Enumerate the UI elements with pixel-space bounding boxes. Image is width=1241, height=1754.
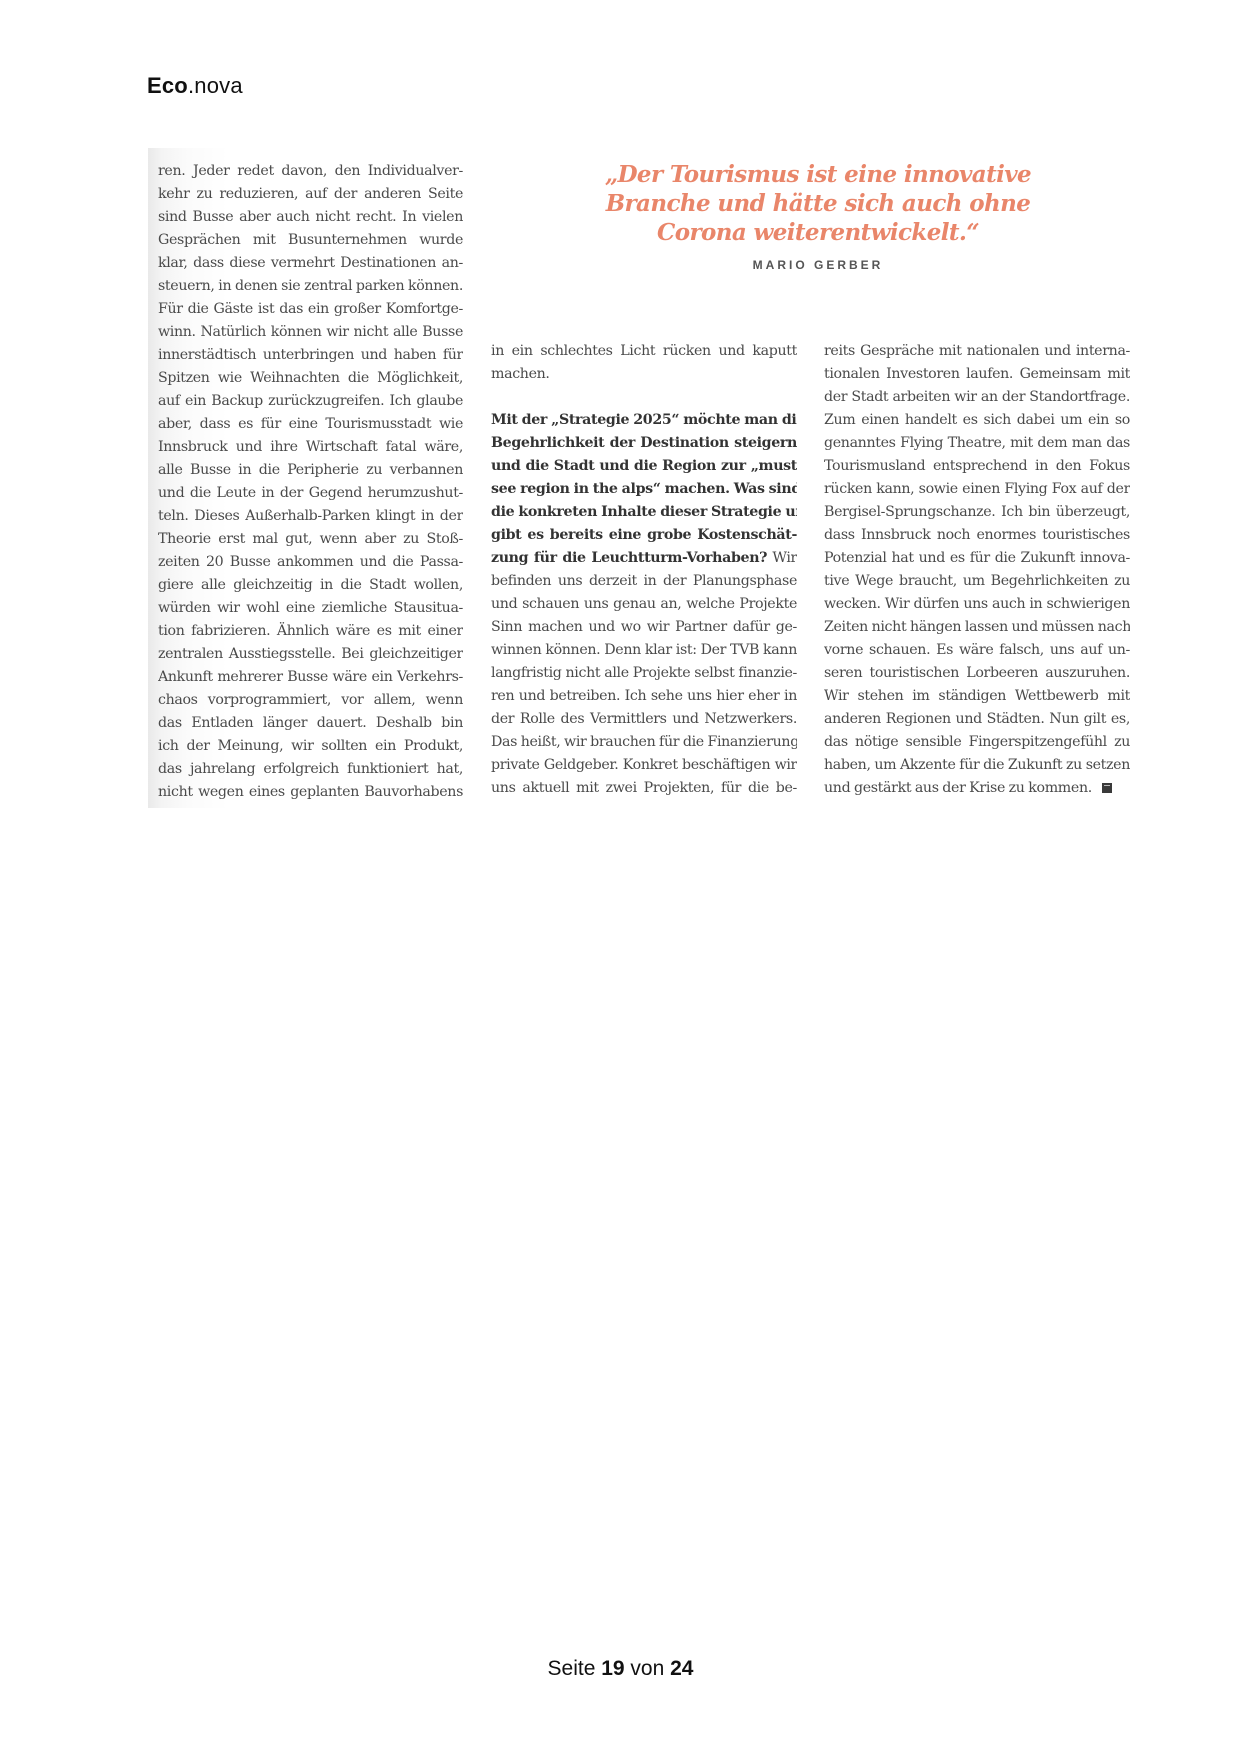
current-page-number: 19 — [601, 1657, 624, 1680]
text-line: machen. — [491, 363, 797, 386]
text-line: tionalen Investoren laufen. Gemeinsam mi… — [824, 363, 1130, 386]
text-line: genanntes Flying Theatre, mit dem man da… — [824, 432, 1130, 455]
text-line: ren und betreiben. Ich sehe uns hier ehe… — [491, 685, 797, 708]
text-line: Potenzial hat und es für die Zukunft inn… — [824, 547, 1130, 570]
text-line: tion fabrizieren. Ähnlich wäre es mit ei… — [158, 620, 463, 643]
footer-prefix: Seite — [548, 1657, 602, 1680]
text-line: innerstädtisch unterbringen und haben fü… — [158, 344, 463, 367]
pull-quote-author: MARIO GERBER — [518, 258, 1118, 272]
text-line: würden wir wohl eine ziemliche Stausitua… — [158, 597, 463, 620]
paragraph-gap — [491, 386, 797, 409]
text-line: und die Leute in der Gegend herumzushut- — [158, 482, 463, 505]
final-text-line: und gestärkt aus der Krise zu kommen. — [824, 777, 1130, 800]
text-line: befinden uns derzeit in der Planungsphas… — [491, 570, 797, 593]
text-line: Das heißt, wir brauchen für die Finanzie… — [491, 731, 797, 754]
text-line: teln. Dieses Außerhalb-Parken klingt in … — [158, 505, 463, 528]
text-line: ich der Meinung, wir sollten ein Produkt… — [158, 735, 463, 758]
text-line: aber, dass es für eine Tourismusstadt wi… — [158, 413, 463, 436]
text-line: und schauen uns genau an, welche Projekt… — [491, 593, 797, 616]
text-line: rücken kann, sowie einen Flying Fox auf … — [824, 478, 1130, 501]
text-line: alle Busse in die Peripherie zu verbanne… — [158, 459, 463, 482]
final-text: und gestärkt aus der Krise zu kommen. — [824, 780, 1092, 796]
text-line: in ein schlechtes Licht rücken und kaput… — [491, 340, 797, 363]
text-line: Spitzen wie Weihnachten die Möglichkeit, — [158, 367, 463, 390]
document-page: Eco.nova ren. Jeder redet davon, den Ind… — [0, 0, 1241, 1754]
text-line: der Rolle des Vermittlers und Netzwerker… — [491, 708, 797, 731]
text-line: sind Busse aber auch nicht recht. In vie… — [158, 206, 463, 229]
text-line: chaos vorprogrammiert, vor allem, wenn — [158, 689, 463, 712]
text-line: Zum einen handelt es sich dabei um ein s… — [824, 409, 1130, 432]
text-line: Theorie erst mal gut, wenn aber zu Stoß- — [158, 528, 463, 551]
text-line: winn. Natürlich können wir nicht alle Bu… — [158, 321, 463, 344]
text-line: zeiten 20 Busse ankommen und die Passa- — [158, 551, 463, 574]
end-of-article-icon — [1102, 783, 1112, 793]
pull-quote-line: „Der Tourismus ist eine innovative — [518, 160, 1118, 189]
text-line: das jahrelang erfolgreich funktioniert h… — [158, 758, 463, 781]
text-line: steuern, in denen sie zentral parken kön… — [158, 275, 463, 298]
interview-question-end: zung für die Leuchtturm-Vorhaben? — [491, 550, 767, 566]
text-line: wecken. Wir dürfen uns auch in schwierig… — [824, 593, 1130, 616]
text-line: Innsbruck und ihre Wirtschaft fatal wäre… — [158, 436, 463, 459]
text-line: giere alle gleichzeitig in die Stadt wol… — [158, 574, 463, 597]
logo-light: .nova — [188, 73, 243, 98]
text-line: ren. Jeder redet davon, den Individualve… — [158, 160, 463, 183]
mixed-text-line: zung für die Leuchtturm-Vorhaben? Wir — [491, 547, 797, 570]
interview-question-line: die konkreten Inhalte dieser Strategie u… — [491, 501, 797, 524]
text-line: reits Gespräche mit nationalen und inter… — [824, 340, 1130, 363]
text-line: anderen Regionen und Städten. Nun gilt e… — [824, 708, 1130, 731]
interview-question-line: Mit der „Strategie 2025“ möchte man die — [491, 409, 797, 432]
total-pages-number: 24 — [670, 1657, 693, 1680]
text-line: zentralen Ausstiegsstelle. Bei gleichzei… — [158, 643, 463, 666]
answer-start: Wir — [767, 550, 797, 566]
interview-question-line: Begehrlichkeit der Destination steigern — [491, 432, 797, 455]
text-line: dass Innsbruck noch enormes touristische… — [824, 524, 1130, 547]
text-line: Gesprächen mit Busunternehmen wurde — [158, 229, 463, 252]
page-footer: Seite 19 von 24 — [0, 1657, 1241, 1681]
text-line: winnen können. Denn klar ist: Der TVB ka… — [491, 639, 797, 662]
text-line: Wir stehen im ständigen Wettbewerb mit — [824, 685, 1130, 708]
text-line: Bergisel-Sprungschanze. Ich bin überzeug… — [824, 501, 1130, 524]
interview-question-line: see region in the alps“ machen. Was sind — [491, 478, 797, 501]
text-line: kehr zu reduzieren, auf der anderen Seit… — [158, 183, 463, 206]
text-line: Tourismusland entsprechend in den Fokus — [824, 455, 1130, 478]
publication-logo: Eco.nova — [147, 73, 243, 99]
article-scan: ren. Jeder redet davon, den Individualve… — [148, 148, 1138, 808]
text-line: vorne schauen. Es wäre falsch, uns auf u… — [824, 639, 1130, 662]
article-column-right: reits Gespräche mit nationalen und inter… — [824, 340, 1130, 800]
text-line: auf ein Backup zurückzugreifen. Ich glau… — [158, 390, 463, 413]
text-line: seren touristischen Lorbeeren auszuruhen… — [824, 662, 1130, 685]
text-line: klar, dass diese vermehrt Destinationen … — [158, 252, 463, 275]
text-line: langfristig nicht alle Projekte selbst f… — [491, 662, 797, 685]
text-line: das nötige sensible Fingerspitzengefühl … — [824, 731, 1130, 754]
text-line: das Entladen länger dauert. Deshalb bin — [158, 712, 463, 735]
interview-question-line: und die Stadt und die Region zur „must — [491, 455, 797, 478]
text-line: haben, um Akzente für die Zukunft zu set… — [824, 754, 1130, 777]
text-line: tive Wege braucht, um Begehrlichkeiten z… — [824, 570, 1130, 593]
text-line: private Geldgeber. Konkret beschäftigen … — [491, 754, 797, 777]
text-line: uns aktuell mit zwei Projekten, für die … — [491, 777, 797, 800]
pull-quote-line: Corona weiterentwickelt.“ — [518, 218, 1118, 247]
text-line: Zeiten nicht hängen lassen und müssen na… — [824, 616, 1130, 639]
text-line: der Stadt arbeiten wir an der Standortfr… — [824, 386, 1130, 409]
text-line: Für die Gäste ist das ein großer Komfort… — [158, 298, 463, 321]
text-line: nicht wegen eines geplanten Bauvorhabens — [158, 781, 463, 804]
text-line: Sinn machen und wo wir Partner dafür ge- — [491, 616, 797, 639]
footer-middle: von — [625, 1657, 671, 1680]
pull-quote-line: Branche und hätte sich auch ohne — [518, 189, 1118, 218]
pull-quote: „Der Tourismus ist eine innovative Branc… — [518, 160, 1118, 247]
interview-question-line: gibt es bereits eine grobe Kostenschät- — [491, 524, 797, 547]
text-line: Ankunft mehrerer Busse wäre ein Verkehrs… — [158, 666, 463, 689]
logo-bold: Eco — [147, 73, 188, 98]
article-column-left: ren. Jeder redet davon, den Individualve… — [158, 160, 463, 804]
article-column-middle: in ein schlechtes Licht rücken und kaput… — [491, 340, 797, 800]
